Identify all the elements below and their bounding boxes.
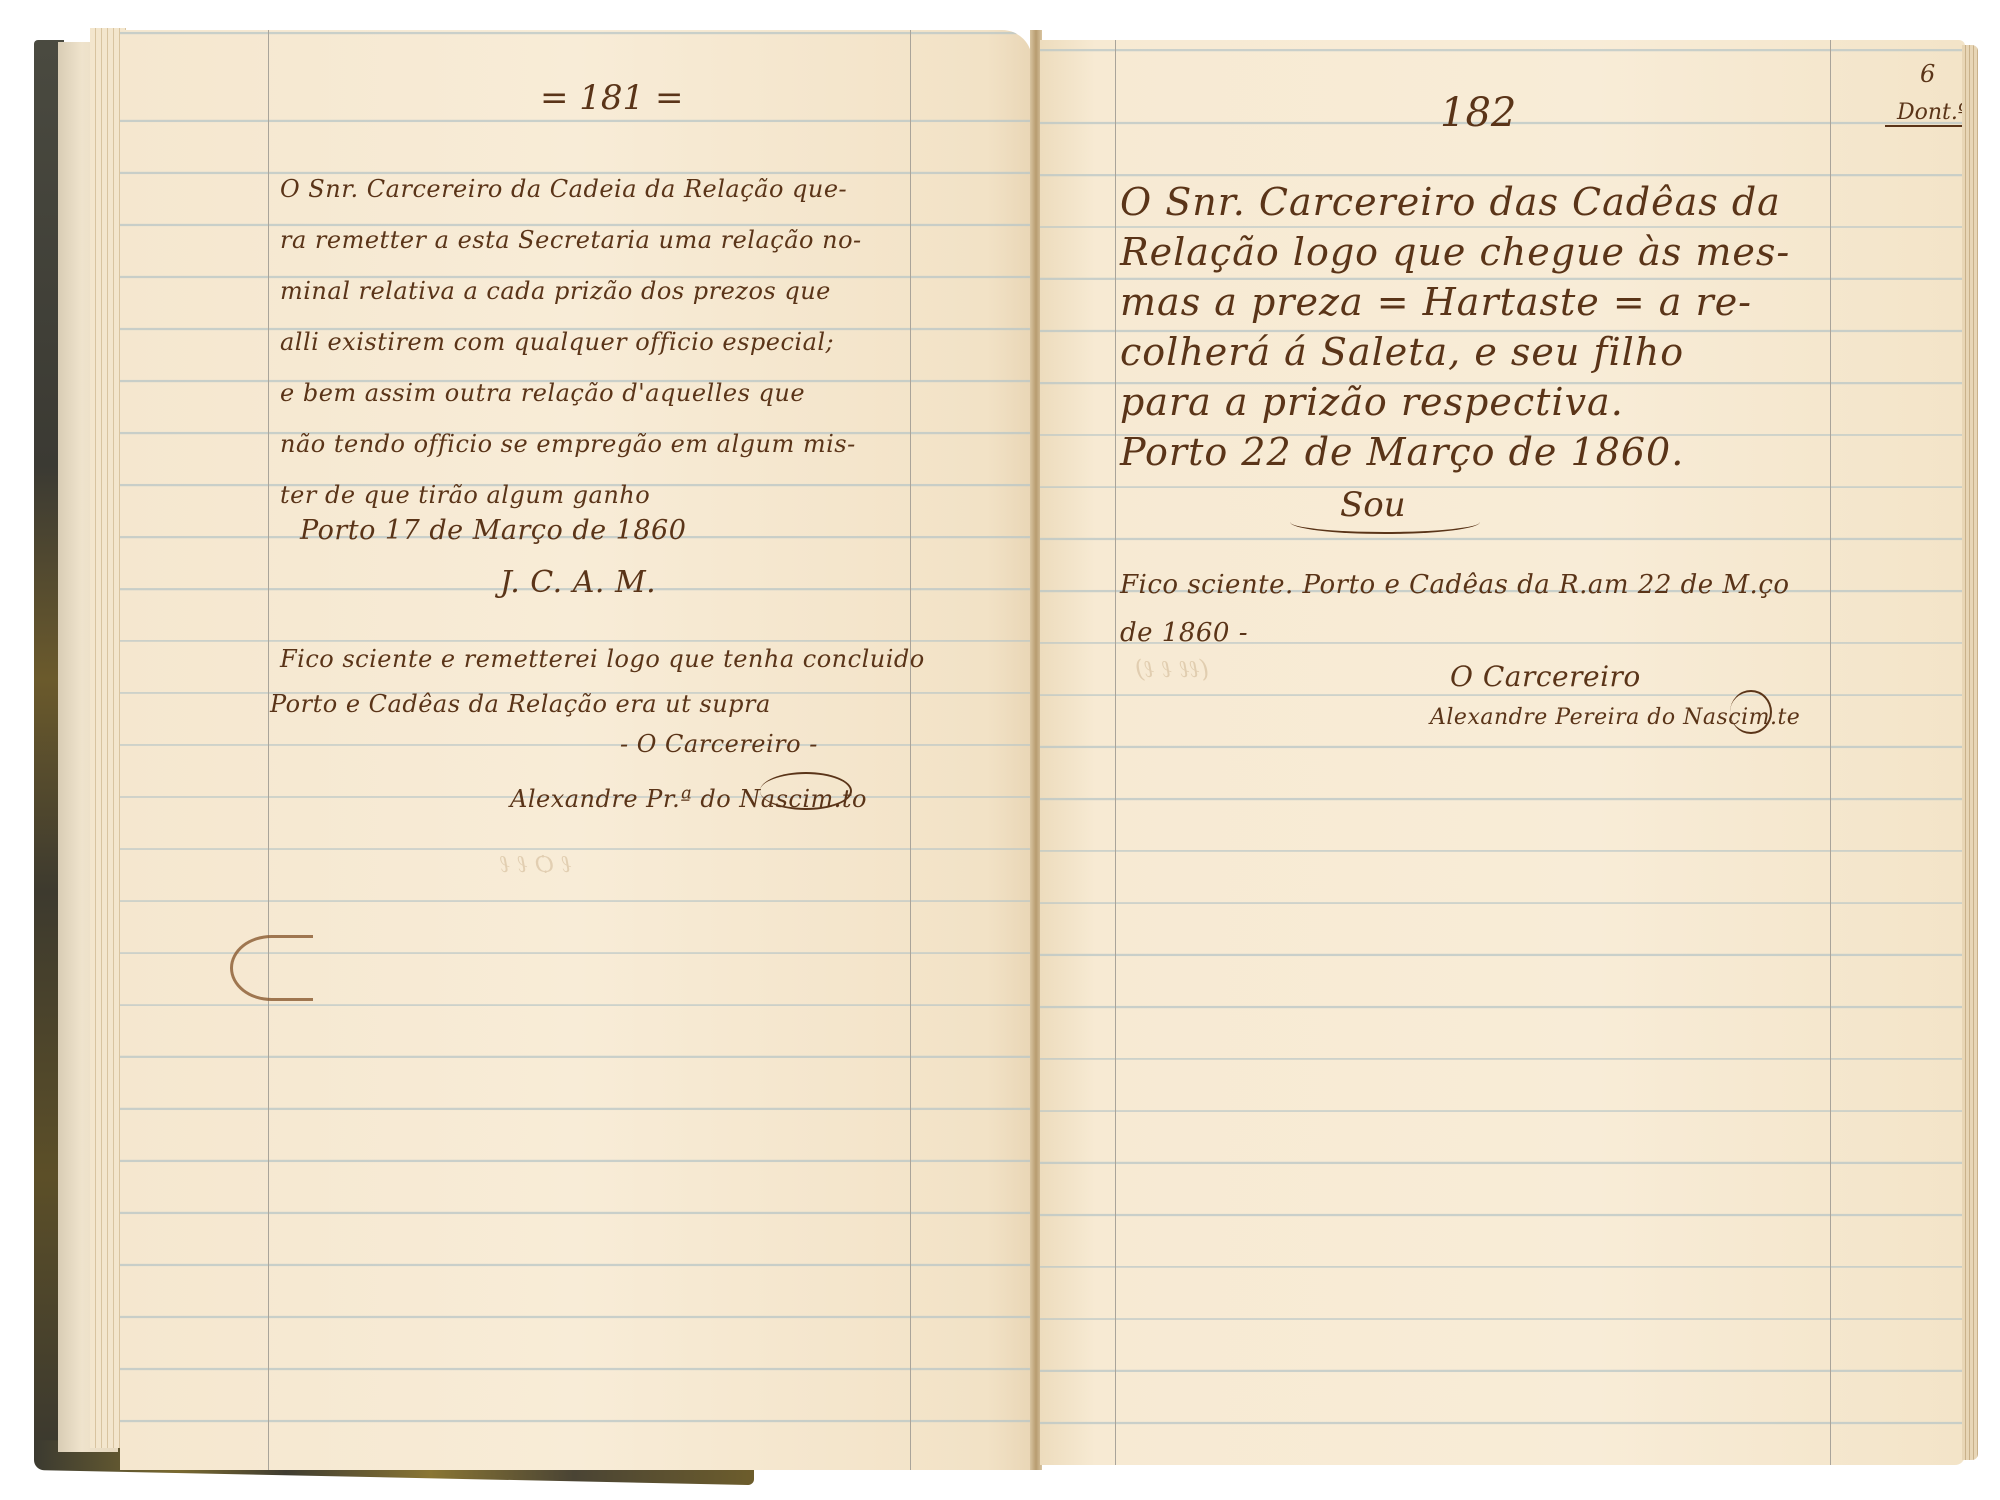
right-margin-rule — [910, 30, 911, 1470]
bleed-through-text: ℓ Ѻ ℓ ℓ — [500, 850, 572, 879]
reply-line: Porto e Cadêas da Relação era ut supra — [270, 690, 771, 718]
order-line: minal relativa a cada prizão dos prezos … — [280, 277, 831, 305]
page-number: = 181 = — [540, 78, 684, 118]
signature-flourish — [760, 772, 852, 810]
reply-line: Fico sciente e remetterei logo que tenha… — [280, 645, 925, 673]
corner-annotation: Dont.º — [1885, 100, 1965, 127]
order-line: O Snr. Carcereiro das Cadêas da — [1120, 180, 1781, 224]
order-date: Porto 22 de Março de 1860. — [1120, 430, 1684, 474]
bleed-through-text: (ℓℓ ℓ ℓ) — [1135, 655, 1209, 684]
order-line: não tendo officio se empregão em algum m… — [280, 430, 856, 458]
reply-title: O Carcereiro — [1450, 660, 1641, 693]
reply-line: de 1860 - — [1120, 618, 1248, 648]
order-line: O Snr. Carcereiro da Cadeia da Relação q… — [280, 175, 847, 203]
order-signature: J. C. A. M. — [500, 565, 656, 600]
reply-line: Fico sciente. Porto e Cadêas da R.am 22 … — [1120, 570, 1790, 600]
page-number: 182 — [1440, 90, 1516, 136]
order-line: ter de que tirão algum ganho — [280, 481, 650, 509]
left-margin-rule — [268, 30, 269, 1470]
order-line: alli existirem com qualquer officio espe… — [280, 328, 834, 356]
order-line: ra remetter a esta Secretaria uma relaçã… — [280, 226, 862, 254]
order-line: e bem assim outra relação d'aquelles que — [280, 379, 805, 407]
left-margin-rule — [1115, 40, 1116, 1465]
order-line: Relação logo que chegue às mes- — [1120, 230, 1790, 274]
reply-title: - O Carcereiro - — [620, 730, 818, 758]
right-page: 182 6 Dont.º O Snr. Carcereiro das Cadêa… — [1040, 40, 1965, 1465]
folio-number: 6 — [1920, 60, 1935, 88]
page-stack-right — [1962, 45, 1978, 1460]
order-line: para a prizão respectiva. — [1120, 380, 1624, 424]
ink-bleed-mark — [230, 935, 313, 1001]
order-line: colherá á Saleta, e seu filho — [1120, 330, 1684, 374]
right-margin-rule — [1830, 40, 1831, 1465]
open-ledger-book: = 181 = O Snr. Carcereiro da Cadeia da R… — [0, 0, 2000, 1500]
order-line: mas a preza = Hartaste = a re- — [1120, 280, 1752, 324]
left-page: = 181 = O Snr. Carcereiro da Cadeia da R… — [120, 30, 1032, 1470]
signature-flourish — [1730, 690, 1772, 734]
signature-flourish — [1290, 510, 1480, 534]
order-date: Porto 17 de Março de 1860 — [300, 515, 686, 546]
